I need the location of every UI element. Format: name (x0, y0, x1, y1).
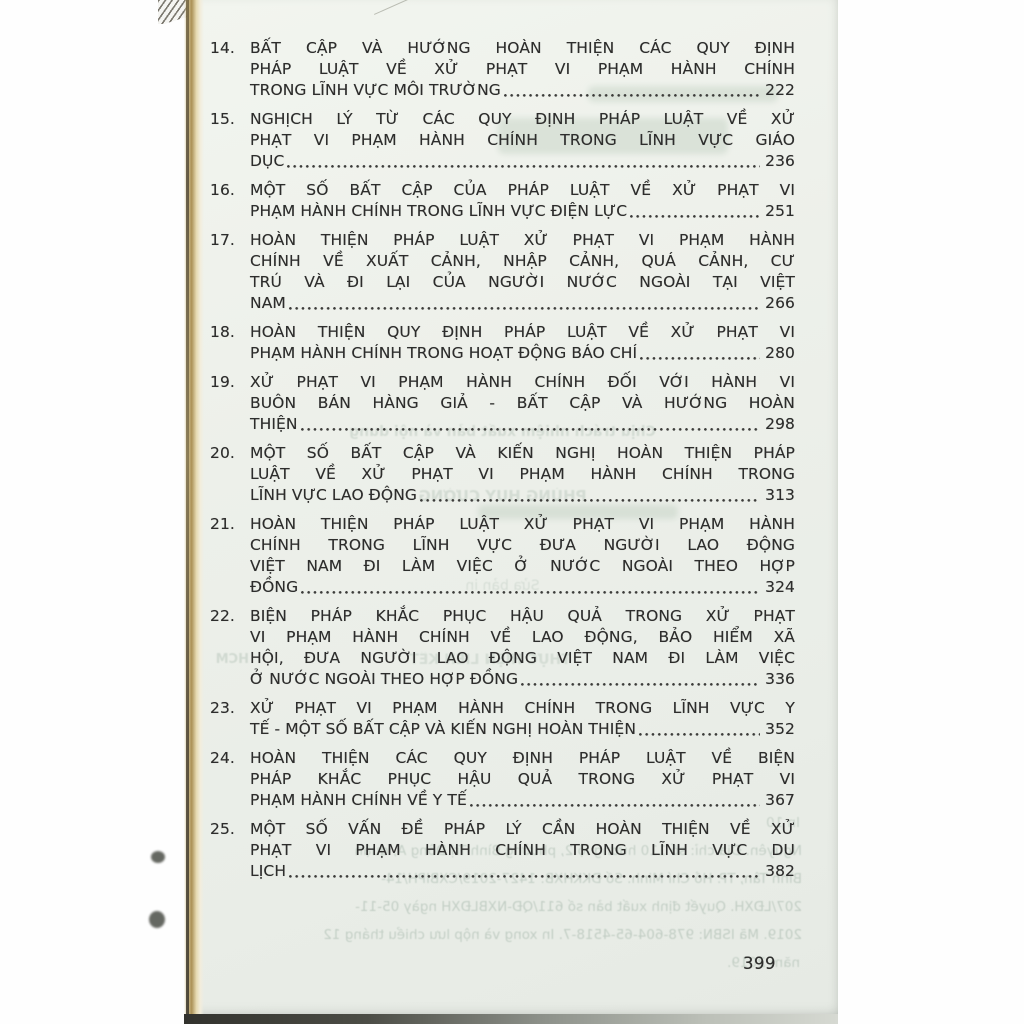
dot-leader (289, 293, 760, 314)
toc-entry-body: XỬ PHẠT VI PHẠM HÀNH CHÍNH ĐỐI VỚI HÀNH … (250, 372, 795, 435)
toc-entry-number: 18. (210, 322, 250, 364)
toc-entry-title-end: LỊCH (250, 861, 286, 882)
toc-entry-last-line: Ở NƯỚC NGOÀI THEO HỢP ĐỒNG 336 (250, 669, 795, 690)
toc-entry-body: NGHỊCH LÝ TỪ CÁC QUY ĐỊNH PHÁP LUẬT VỀ X… (250, 109, 795, 172)
toc-entry-page: 266 (765, 293, 795, 314)
toc-entry: 23. XỬ PHẠT VI PHẠM HÀNH CHÍNH TRONG LĨN… (210, 698, 795, 740)
dot-leader (504, 80, 760, 101)
toc-entry-line: XỬ PHẠT VI PHẠM HÀNH CHÍNH TRONG LĨNH VỰ… (250, 698, 795, 719)
toc-entry-title-end: NAM (250, 293, 286, 314)
book-bottom-edge-shadow (184, 1014, 838, 1024)
toc-entry-line: PHẠT VI PHẠM HÀNH CHÍNH TRONG LĨNH VỰC G… (250, 130, 795, 151)
toc-entry-line: PHẠT VI PHẠM HÀNH CHÍNH TRONG LĨNH VỰC D… (250, 840, 795, 861)
toc-entry-page: 251 (765, 201, 795, 222)
toc-entry-last-line: TRONG LĨNH VỰC MÔI TRƯỜNG 222 (250, 80, 795, 101)
bleedthrough-text: 2019. Mã ISBN: 978-604-65-4518-7. In xon… (210, 927, 802, 943)
toc-entry-line: HOÀN THIỆN PHÁP LUẬT XỬ PHẠT VI PHẠM HÀN… (250, 230, 795, 251)
toc-entry-number: 23. (210, 698, 250, 740)
dot-leader (301, 577, 760, 598)
toc-entry-title-end: LĨNH VỰC LAO ĐỘNG (250, 485, 417, 506)
toc-entry: 15. NGHỊCH LÝ TỪ CÁC QUY ĐỊNH PHÁP LUẬT … (210, 109, 795, 172)
toc-entry-number: 24. (210, 748, 250, 811)
toc-entry: 25. MỘT SỐ VẤN ĐỀ PHÁP LÝ CẦN HOÀN THIỆN… (210, 819, 795, 882)
bleedthrough-text: 207/LĐXH. Quyết định xuất bản số 611/QĐ-… (210, 899, 802, 915)
toc-entry-line: HOÀN THIỆN CÁC QUY ĐỊNH PHÁP LUẬT VỀ BIỆ… (250, 748, 795, 769)
toc-entry-number: 17. (210, 230, 250, 314)
toc-list: 14. BẤT CẬP VÀ HƯỚNG HOÀN THIỆN CÁC QUY … (210, 38, 795, 890)
toc-entry-last-line: PHẠM HÀNH CHÍNH TRONG HOẠT ĐỘNG BÁO CHÍ … (250, 343, 795, 364)
toc-entry-line: VI PHẠM HÀNH CHÍNH VỀ LAO ĐỘNG, BẢO HIỂM… (250, 627, 795, 648)
dot-leader (521, 669, 760, 690)
toc-entry-title-end: DỤC (250, 151, 284, 172)
toc-entry-title-end: ĐỒNG (250, 577, 298, 598)
toc-entry-line: BIỆN PHÁP KHẮC PHỤC HẬU QUẢ TRONG XỬ PHẠ… (250, 606, 795, 627)
toc-entry-line: VIỆT NAM ĐI LÀM VIỆC Ở NƯỚC NGOÀI THEO H… (250, 556, 795, 577)
dot-leader (470, 790, 760, 811)
toc-entry: 20. MỘT SỐ BẤT CẬP VÀ KIẾN NGHỊ HOÀN THI… (210, 443, 795, 506)
toc-entry: 16. MỘT SỐ BẤT CẬP CỦA PHÁP LUẬT VỀ XỬ P… (210, 180, 795, 222)
toc-entry-body: MỘT SỐ BẤT CẬP VÀ KIẾN NGHỊ HOÀN THIỆN P… (250, 443, 795, 506)
dot-leader (639, 719, 760, 740)
toc-entry-title-end: TRONG LĨNH VỰC MÔI TRƯỜNG (250, 80, 501, 101)
toc-entry-body: BẤT CẬP VÀ HƯỚNG HOÀN THIỆN CÁC QUY ĐỊNH… (250, 38, 795, 101)
dot-leader (289, 861, 760, 882)
toc-entry-number: 20. (210, 443, 250, 506)
dot-leader (420, 485, 760, 506)
book-page: Chịu trách nhiệm xuất bản và nội dungPHÙ… (188, 0, 838, 1016)
toc-entry-number: 16. (210, 180, 250, 222)
page-number: 399 (743, 954, 776, 973)
toc-entry-last-line: ĐỒNG 324 (250, 577, 795, 598)
toc-entry-page: 324 (765, 577, 795, 598)
toc-entry-last-line: DỤC 236 (250, 151, 795, 172)
dot-leader (287, 151, 760, 172)
toc-entry-line: PHÁP KHẮC PHỤC HẬU QUẢ TRONG XỬ PHẠT VI (250, 769, 795, 790)
toc-entry-number: 25. (210, 819, 250, 882)
toc-entry: 22. BIỆN PHÁP KHẮC PHỤC HẬU QUẢ TRONG XỬ… (210, 606, 795, 690)
dot-leader (630, 201, 760, 222)
toc-entry: 24. HOÀN THIỆN CÁC QUY ĐỊNH PHÁP LUẬT VỀ… (210, 748, 795, 811)
toc-entry-last-line: PHẠM HÀNH CHÍNH VỀ Y TẾ 367 (250, 790, 795, 811)
book-cover-edge-line (186, 0, 189, 1016)
toc-entry-page: 222 (765, 80, 795, 101)
toc-entry-title-end: PHẠM HÀNH CHÍNH TRONG HOẠT ĐỘNG BÁO CHÍ (250, 343, 637, 364)
toc-entry-page: 313 (765, 485, 795, 506)
toc-entry-page: 352 (765, 719, 795, 740)
toc-entry-title-end: TẾ - MỘT SỐ BẤT CẬP VÀ KIẾN NGHỊ HOÀN TH… (250, 719, 636, 740)
page-edge-mark (151, 851, 165, 863)
toc-entry-line: MỘT SỐ BẤT CẬP VÀ KIẾN NGHỊ HOÀN THIỆN P… (250, 443, 795, 464)
toc-entry-page: 382 (765, 861, 795, 882)
toc-entry: 17. HOÀN THIỆN PHÁP LUẬT XỬ PHẠT VI PHẠM… (210, 230, 795, 314)
toc-entry-last-line: TẾ - MỘT SỐ BẤT CẬP VÀ KIẾN NGHỊ HOÀN TH… (250, 719, 795, 740)
toc-entry-body: HOÀN THIỆN PHÁP LUẬT XỬ PHẠT VI PHẠM HÀN… (250, 230, 795, 314)
toc-entry: 21. HOÀN THIỆN PHÁP LUẬT XỬ PHẠT VI PHẠM… (210, 514, 795, 598)
toc-entry-line: BUÔN BÁN HÀNG GIẢ - BẤT CẬP VÀ HƯỚNG HOÀ… (250, 393, 795, 414)
toc-entry-body: HOÀN THIỆN CÁC QUY ĐỊNH PHÁP LUẬT VỀ BIỆ… (250, 748, 795, 811)
toc-entry-line: TRÚ VÀ ĐI LẠI CỦA NGƯỜI NƯỚC NGOÀI TẠI V… (250, 272, 795, 293)
toc-entry-body: MỘT SỐ BẤT CẬP CỦA PHÁP LUẬT VỀ XỬ PHẠT … (250, 180, 795, 222)
toc-entry-body: BIỆN PHÁP KHẮC PHỤC HẬU QUẢ TRONG XỬ PHẠ… (250, 606, 795, 690)
page-corner-crease (374, 0, 440, 15)
toc-entry-last-line: THIỆN 298 (250, 414, 795, 435)
toc-entry: 19. XỬ PHẠT VI PHẠM HÀNH CHÍNH ĐỐI VỚI H… (210, 372, 795, 435)
toc-entry-body: HOÀN THIỆN PHÁP LUẬT XỬ PHẠT VI PHẠM HÀN… (250, 514, 795, 598)
dot-leader (301, 414, 761, 435)
toc-entry-line: MỘT SỐ BẤT CẬP CỦA PHÁP LUẬT VỀ XỬ PHẠT … (250, 180, 795, 201)
toc-entry-page: 280 (765, 343, 795, 364)
toc-entry-number: 22. (210, 606, 250, 690)
toc-entry-page: 336 (765, 669, 795, 690)
toc-entry-line: MỘT SỐ VẤN ĐỀ PHÁP LÝ CẦN HOÀN THIỆN VỀ … (250, 819, 795, 840)
toc-entry-line: XỬ PHẠT VI PHẠM HÀNH CHÍNH ĐỐI VỚI HÀNH … (250, 372, 795, 393)
toc-entry-body: HOÀN THIỆN QUY ĐỊNH PHÁP LUẬT VỀ XỬ PHẠT… (250, 322, 795, 364)
toc-entry: 18. HOÀN THIỆN QUY ĐỊNH PHÁP LUẬT VỀ XỬ … (210, 322, 795, 364)
toc-entry-line: PHÁP LUẬT VỀ XỬ PHẠT VI PHẠM HÀNH CHÍNH (250, 59, 795, 80)
toc-entry-number: 14. (210, 38, 250, 101)
toc-entry-page: 367 (765, 790, 795, 811)
toc-entry-number: 15. (210, 109, 250, 172)
toc-entry-last-line: PHẠM HÀNH CHÍNH TRONG LĨNH VỰC ĐIỆN LỰC … (250, 201, 795, 222)
toc-entry-line: CHÍNH VỀ XUẤT CẢNH, NHẬP CẢNH, QUÁ CẢNH,… (250, 251, 795, 272)
toc-entry-last-line: LĨNH VỰC LAO ĐỘNG 313 (250, 485, 795, 506)
toc-entry-line: CHÍNH TRONG LĨNH VỰC ĐƯA NGƯỜI LAO ĐỘNG (250, 535, 795, 556)
toc-entry-last-line: LỊCH 382 (250, 861, 795, 882)
toc-entry-line: NGHỊCH LÝ TỪ CÁC QUY ĐỊNH PHÁP LUẬT VỀ X… (250, 109, 795, 130)
toc-entry: 14. BẤT CẬP VÀ HƯỚNG HOÀN THIỆN CÁC QUY … (210, 38, 795, 101)
toc-entry-page: 298 (765, 414, 795, 435)
toc-entry-number: 21. (210, 514, 250, 598)
book-photo: Chịu trách nhiệm xuất bản và nội dungPHÙ… (0, 0, 1024, 1024)
toc-entry-line: LUẬT VỀ XỬ PHẠT VI PHẠM HÀNH CHÍNH TRONG (250, 464, 795, 485)
toc-entry-body: MỘT SỐ VẤN ĐỀ PHÁP LÝ CẦN HOÀN THIỆN VỀ … (250, 819, 795, 882)
toc-entry-line: HOÀN THIỆN QUY ĐỊNH PHÁP LUẬT VỀ XỬ PHẠT… (250, 322, 795, 343)
toc-entry-line: HỘI, ĐƯA NGƯỜI LAO ĐỘNG VIỆT NAM ĐI LÀM … (250, 648, 795, 669)
page-edge-mark (149, 911, 165, 928)
toc-entry-line: HOÀN THIỆN PHÁP LUẬT XỬ PHẠT VI PHẠM HÀN… (250, 514, 795, 535)
toc-entry-title-end: THIỆN (250, 414, 298, 435)
toc-entry-page: 236 (765, 151, 795, 172)
dot-leader (640, 343, 760, 364)
toc-entry-title-end: Ở NƯỚC NGOÀI THEO HỢP ĐỒNG (250, 669, 518, 690)
toc-entry-body: XỬ PHẠT VI PHẠM HÀNH CHÍNH TRONG LĨNH VỰ… (250, 698, 795, 740)
toc-entry-line: BẤT CẬP VÀ HƯỚNG HOÀN THIỆN CÁC QUY ĐỊNH (250, 38, 795, 59)
toc-entry-number: 19. (210, 372, 250, 435)
toc-entry-last-line: NAM 266 (250, 293, 795, 314)
toc-entry-title-end: PHẠM HÀNH CHÍNH TRONG LĨNH VỰC ĐIỆN LỰC (250, 201, 627, 222)
toc-entry-title-end: PHẠM HÀNH CHÍNH VỀ Y TẾ (250, 790, 467, 811)
